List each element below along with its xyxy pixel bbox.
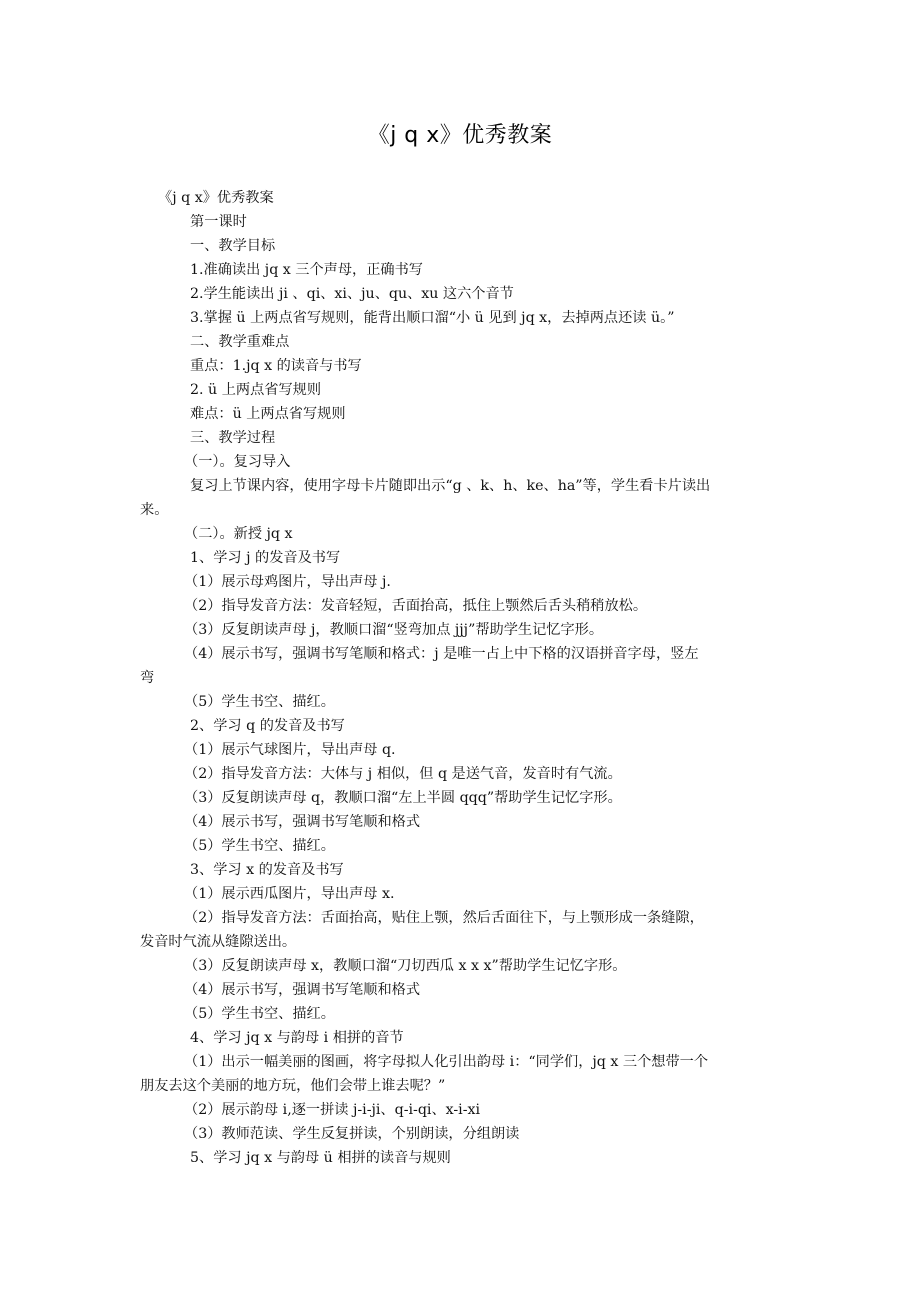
document-line: （4）展示书写，强调书写笔顺和格式：j 是唯一占上中下格的汉语拼音字母，竖左 — [184, 642, 699, 666]
document-line: 难点：ü 上两点省写规则 — [190, 402, 346, 426]
document-line: 朋友去这个美丽的地方玩，他们会带上谁去呢？” — [140, 1074, 445, 1098]
document-line: （1）展示气球图片，导出声母 q. — [184, 738, 396, 762]
document-line: 1、学习 j 的发音及书写 — [190, 546, 340, 570]
document-line: （5）学生书空、描红。 — [184, 690, 335, 714]
document-line: 弯 — [140, 666, 154, 690]
document-title: 《j q x》优秀教案 — [0, 120, 920, 152]
document-line: 3、学习 x 的发音及书写 — [190, 858, 344, 882]
document-line: 《j q x》优秀教案 — [158, 186, 274, 210]
document-line: 三、教学过程 — [190, 426, 275, 450]
document-line: 第一课时 — [190, 210, 247, 234]
document-line: （1）出示一幅美丽的图画，将字母拟人化引出韵母 i：“同学们，jq x 三个想带… — [184, 1050, 708, 1074]
document-line: （2）展示韵母 i,逐一拼读 j-i-ji、q-i-qi、x-i-xi — [184, 1098, 480, 1122]
document-line: 5、学习 jq x 与韵母 ü 相拼的读音与规则 — [190, 1146, 451, 1170]
document-line: （4）展示书写，强调书写笔顺和格式 — [184, 978, 420, 1002]
document-line: 2.学生能读出 ji 、qi、xi、ju、qu、xu 这六个音节 — [190, 282, 514, 306]
document-line: （5）学生书空、描红。 — [184, 1002, 335, 1026]
document-line: （二）。新授 jq x — [184, 522, 293, 546]
document-line: （2）指导发音方法：发音轻短，舌面抬高，抵住上颚然后舌头稍稍放松。 — [184, 594, 647, 618]
document-line: （2）指导发音方法：大体与 j 相似，但 q 是送气音，发音时有气流。 — [184, 762, 622, 786]
document-line: （3）反复朗读声母 j，教顺口溜“竖弯加点 jjj”帮助学生记忆字形。 — [184, 618, 603, 642]
document-line: 1.准确读出 jq x 三个声母，正确书写 — [190, 258, 423, 282]
document-line: 一、教学目标 — [190, 234, 275, 258]
document-line: （1）展示西瓜图片，导出声母 x. — [184, 882, 395, 906]
document-line: 复习上节课内容，使用字母卡片随即出示“g 、k、h、ke、ha”等，学生看卡片读… — [190, 474, 710, 498]
document-line: （4）展示书写，强调书写笔顺和格式 — [184, 810, 420, 834]
document-line: （2）指导发音方法：舌面抬高，贴住上颚，然后舌面往下，与上颚形成一条缝隙， — [184, 906, 704, 930]
document-line: （3）反复朗读声母 x，教顺口溜“刀切西瓜 x x x”帮助学生记忆字形。 — [184, 954, 626, 978]
document-line: （3）反复朗读声母 q，教顺口溜“左上半圆 qqq”帮助学生记忆字形。 — [184, 786, 622, 810]
document-line: （一）。复习导入 — [184, 450, 290, 474]
document-line: （1）展示母鸡图片，导出声母 j. — [184, 570, 391, 594]
document-line: 2. ü 上两点省写规则 — [190, 378, 321, 402]
document-line: 3.掌握 ü 上两点省写规则，能背出顺口溜“小 ü 见到 jq x，去掉两点还读… — [190, 306, 674, 330]
document-line: 二、教学重难点 — [190, 330, 289, 354]
document-line: 来。 — [140, 498, 168, 522]
document-page: 《j q x》优秀教案 《j q x》优秀教案第一课时一、教学目标1.准确读出 … — [0, 0, 920, 1302]
document-line: 4、学习 jq x 与韵母 i 相拼的音节 — [190, 1026, 404, 1050]
document-line: 重点：1.jq x 的读音与书写 — [190, 354, 362, 378]
document-line: 发音时气流从缝隙送出。 — [140, 930, 296, 954]
document-line: （5）学生书空、描红。 — [184, 834, 335, 858]
document-line: 2、学习 q 的发音及书写 — [190, 714, 345, 738]
document-line: （3）教师范读、学生反复拼读，个别朗读，分组朗读 — [184, 1122, 519, 1146]
